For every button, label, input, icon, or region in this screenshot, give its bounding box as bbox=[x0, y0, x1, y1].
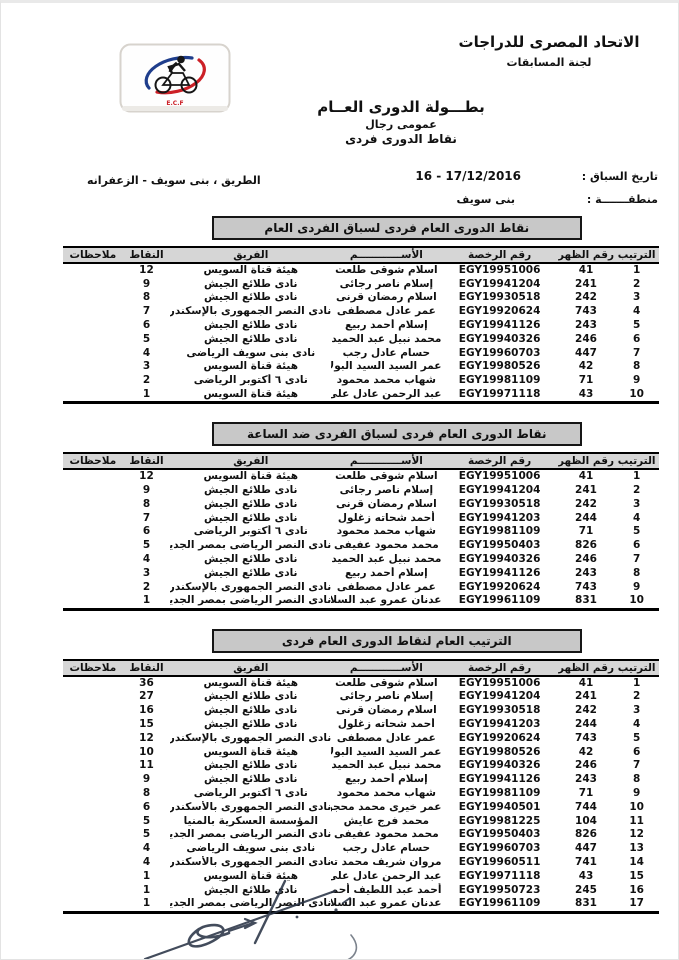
race-date-label: تاريخ السباق : bbox=[582, 170, 658, 183]
table-row: 11 104 EGY19981225 محمد فرج عايش المؤسسة… bbox=[63, 814, 659, 828]
cell-points: 7 bbox=[123, 305, 171, 319]
cell-notes bbox=[63, 498, 123, 512]
table-row: 9 71 EGY19981109 شهاب محمد محمود نادى ٦ … bbox=[63, 787, 659, 801]
column-header-license: رقم الرخصة bbox=[441, 660, 557, 676]
cell-name: حسام عادل رجب bbox=[331, 842, 441, 856]
cell-name: محمد نبيل عبد الحميد bbox=[331, 333, 441, 347]
cell-bib: 71 bbox=[558, 787, 615, 801]
cell-name: محمد فرج عايش bbox=[331, 814, 441, 828]
signature-icon bbox=[137, 877, 399, 960]
cell-bib: 447 bbox=[558, 346, 615, 360]
cell-team: هيئة قناة السويس bbox=[170, 676, 331, 691]
cell-rank: 10 bbox=[614, 801, 659, 815]
document-title-block: بطـــولة الدورى العــام عمومى رجال نقاط … bbox=[236, 98, 566, 146]
cell-points: 16 bbox=[123, 704, 171, 718]
cell-team: نادى ٦ أكتوبر الرياضى bbox=[170, 374, 331, 388]
cell-rank: 17 bbox=[614, 897, 659, 912]
cell-notes bbox=[63, 553, 123, 567]
cell-points: 1 bbox=[123, 388, 171, 403]
cell-team: نادى النصر الرياضى بمصر الجديدة bbox=[170, 594, 331, 609]
cell-license: EGY19960511 bbox=[441, 856, 557, 870]
results-content: نقاط الدورى العام فردى لسباق الفردى العا… bbox=[63, 216, 659, 914]
cell-license: EGY19941204 bbox=[441, 484, 557, 498]
column-header-points: النقاط bbox=[123, 453, 171, 469]
cell-notes bbox=[63, 787, 123, 801]
cell-team: نادى طلائع الجيش bbox=[170, 759, 331, 773]
cell-notes bbox=[63, 360, 123, 374]
cell-notes bbox=[63, 346, 123, 360]
cell-bib: 242 bbox=[558, 704, 615, 718]
cell-team: هيئة قناة السويس bbox=[170, 469, 331, 484]
cell-points: 4 bbox=[123, 346, 171, 360]
cell-points: 10 bbox=[123, 745, 171, 759]
cell-rank: 6 bbox=[614, 333, 659, 347]
cell-license: EGY19920624 bbox=[441, 305, 557, 319]
cell-bib: 41 bbox=[558, 469, 615, 484]
cell-rank: 5 bbox=[614, 319, 659, 333]
cell-bib: 831 bbox=[558, 897, 615, 912]
cell-points: 6 bbox=[123, 525, 171, 539]
cell-notes bbox=[63, 897, 123, 912]
cell-bib: 246 bbox=[558, 553, 615, 567]
ecf-logo: E.C.F bbox=[119, 43, 231, 115]
cell-points: 7 bbox=[123, 511, 171, 525]
cell-name: اسلام شوقى طلعت bbox=[331, 469, 441, 484]
cell-points: 5 bbox=[123, 333, 171, 347]
cell-name: حسام عادل رجب bbox=[331, 346, 441, 360]
cell-license: EGY19940326 bbox=[441, 333, 557, 347]
cell-points: 9 bbox=[123, 278, 171, 292]
column-header-license: رقم الرخصة bbox=[441, 247, 557, 263]
cell-license: EGY19940501 bbox=[441, 801, 557, 815]
cell-team: نادى طلائع الجيش bbox=[170, 704, 331, 718]
cell-license: EGY19941203 bbox=[441, 511, 557, 525]
cell-team: نادى النصر الجمهورى بالإسكندرية bbox=[170, 580, 331, 594]
table-row: 1 41 EGY19951006 اسلام شوقى طلعت هيئة قن… bbox=[63, 676, 659, 691]
cell-bib: 743 bbox=[558, 580, 615, 594]
cell-name: عمر السيد السيد البولاقى bbox=[331, 745, 441, 759]
column-header-team: الفريق bbox=[170, 247, 331, 263]
championship-title: بطـــولة الدورى العــام bbox=[236, 98, 566, 116]
table-row: 9 743 EGY19920624 عمر عادل مصطفى نادى ال… bbox=[63, 580, 659, 594]
cell-points: 4 bbox=[123, 842, 171, 856]
cell-team: نادى طلائع الجيش bbox=[170, 484, 331, 498]
cell-name: اسلام رمضان قرنى bbox=[331, 291, 441, 305]
cell-license: EGY19951006 bbox=[441, 263, 557, 278]
cell-bib: 243 bbox=[558, 567, 615, 581]
cell-points: 12 bbox=[123, 263, 171, 278]
cell-notes bbox=[63, 704, 123, 718]
column-header-row: الترتيب رقم الظهر رقم الرخصة الأســـــــ… bbox=[63, 247, 659, 263]
cell-notes bbox=[63, 305, 123, 319]
cell-rank: 3 bbox=[614, 291, 659, 305]
cell-rank: 1 bbox=[614, 676, 659, 691]
table-row: 6 246 EGY19940326 محمد نبيل عبد الحميد ن… bbox=[63, 333, 659, 347]
cell-team: نادى النصر الجمهورى بالأسكندرية bbox=[170, 856, 331, 870]
cell-rank: 1 bbox=[614, 263, 659, 278]
cell-points: 11 bbox=[123, 759, 171, 773]
cell-license: EGY19981109 bbox=[441, 787, 557, 801]
table-title: الترتيب العام لنقاط الدورى العام فردى bbox=[212, 629, 582, 653]
cell-notes bbox=[63, 539, 123, 553]
cell-name: عدنان عمرو عبد السلام bbox=[331, 594, 441, 609]
cell-team: هيئة قناة السويس bbox=[170, 745, 331, 759]
cell-name: أحمد شحاته زغلول bbox=[331, 511, 441, 525]
cell-bib: 246 bbox=[558, 759, 615, 773]
cell-bib: 741 bbox=[558, 856, 615, 870]
cell-bib: 241 bbox=[558, 690, 615, 704]
cell-name: عمر عادل مصطفى bbox=[331, 732, 441, 746]
table-row: 9 71 EGY19981109 شهاب محمد محمود نادى ٦ … bbox=[63, 374, 659, 388]
cell-notes bbox=[63, 263, 123, 278]
table-row: 5 71 EGY19981109 شهاب محمد محمود نادى ٦ … bbox=[63, 525, 659, 539]
cell-bib: 43 bbox=[558, 870, 615, 884]
cell-name: اسلام شوقى طلعت bbox=[331, 263, 441, 278]
cell-rank: 14 bbox=[614, 856, 659, 870]
table-row: 4 244 EGY19941203 أحمد شحاته زغلول نادى … bbox=[63, 718, 659, 732]
cell-bib: 831 bbox=[558, 594, 615, 609]
cell-rank: 2 bbox=[614, 278, 659, 292]
cell-team: نادى النصر الجمهورى بالأسكندرية bbox=[170, 801, 331, 815]
table-row: 6 42 EGY19980526 عمر السيد السيد البولاق… bbox=[63, 745, 659, 759]
cell-bib: 41 bbox=[558, 676, 615, 691]
cell-name: محمد محمود عفيفى bbox=[331, 539, 441, 553]
cell-license: EGY19981225 bbox=[441, 814, 557, 828]
cell-license: EGY19930518 bbox=[441, 704, 557, 718]
cell-team: نادى طلائع الجيش bbox=[170, 690, 331, 704]
table-row: 2 241 EGY19941204 إسلام ناصر رجائى نادى … bbox=[63, 690, 659, 704]
cell-rank: 10 bbox=[614, 388, 659, 403]
cell-notes bbox=[63, 511, 123, 525]
table-row: 5 243 EGY19941126 إسلام أحمد ربيع نادى ط… bbox=[63, 319, 659, 333]
committee-title: لجنة المسابقات bbox=[434, 56, 664, 69]
table-row: 13 447 EGY19960703 حسام عادل رجب نادى بن… bbox=[63, 842, 659, 856]
cell-bib: 744 bbox=[558, 801, 615, 815]
cell-rank: 16 bbox=[614, 883, 659, 897]
cell-license: EGY19951006 bbox=[441, 676, 557, 691]
cell-notes bbox=[63, 469, 123, 484]
cell-notes bbox=[63, 856, 123, 870]
cell-points: 8 bbox=[123, 291, 171, 305]
cell-notes bbox=[63, 814, 123, 828]
cell-name: شهاب محمد محمود bbox=[331, 787, 441, 801]
cell-bib: 826 bbox=[558, 828, 615, 842]
cell-license: EGY19960703 bbox=[441, 346, 557, 360]
table-row: 3 242 EGY19930518 اسلام رمضان قرنى نادى … bbox=[63, 498, 659, 512]
cell-team: هيئة قناة السويس bbox=[170, 388, 331, 403]
cell-rank: 2 bbox=[614, 690, 659, 704]
cell-license: EGY19951006 bbox=[441, 469, 557, 484]
cell-name: شهاب محمد محمود bbox=[331, 374, 441, 388]
table-row: 8 243 EGY19941126 إسلام أحمد ربيع نادى ط… bbox=[63, 567, 659, 581]
cell-name: عمر عادل مصطفى bbox=[331, 580, 441, 594]
table-row: 10 43 EGY19971118 عبد الرحمن عادل على هي… bbox=[63, 388, 659, 403]
org-header: الاتحاد المصرى للدراجات لجنة المسابقات bbox=[434, 33, 664, 69]
cell-license: EGY19941126 bbox=[441, 773, 557, 787]
column-header-row: الترتيب رقم الظهر رقم الرخصة الأســـــــ… bbox=[63, 453, 659, 469]
cell-points: 4 bbox=[123, 856, 171, 870]
column-header-rank: الترتيب bbox=[614, 453, 659, 469]
cell-points: 3 bbox=[123, 567, 171, 581]
cell-points: 12 bbox=[123, 469, 171, 484]
cell-notes bbox=[63, 870, 123, 884]
column-header-team: الفريق bbox=[170, 660, 331, 676]
cell-rank: 7 bbox=[614, 346, 659, 360]
cell-rank: 10 bbox=[614, 594, 659, 609]
cell-bib: 241 bbox=[558, 484, 615, 498]
cell-rank: 9 bbox=[614, 580, 659, 594]
table-row: 5 743 EGY19920624 عمر عادل مصطفى نادى ال… bbox=[63, 732, 659, 746]
cell-license: EGY19950723 bbox=[441, 883, 557, 897]
cell-name: عمر عادل مصطفى bbox=[331, 305, 441, 319]
cell-bib: 41 bbox=[558, 263, 615, 278]
column-header-rank: الترتيب bbox=[614, 247, 659, 263]
cell-notes bbox=[63, 676, 123, 691]
cell-license: EGY19981109 bbox=[441, 374, 557, 388]
cell-license: EGY19981109 bbox=[441, 525, 557, 539]
cell-name: مروان شريف محمد تحسين bbox=[331, 856, 441, 870]
table-row: 3 242 EGY19930518 اسلام رمضان قرنى نادى … bbox=[63, 704, 659, 718]
cell-rank: 4 bbox=[614, 305, 659, 319]
route-text: الطريق ، بنى سويف - الزعفرانه bbox=[87, 174, 261, 187]
cell-license: EGY19941203 bbox=[441, 718, 557, 732]
cell-license: EGY19920624 bbox=[441, 580, 557, 594]
cell-team: نادى ٦ أكتوبر الرياضى bbox=[170, 787, 331, 801]
cell-notes bbox=[63, 594, 123, 609]
cell-name: شهاب محمد محمود bbox=[331, 525, 441, 539]
cell-rank: 13 bbox=[614, 842, 659, 856]
cell-notes bbox=[63, 291, 123, 305]
category-title: عمومى رجال bbox=[236, 118, 566, 131]
cell-points: 2 bbox=[123, 374, 171, 388]
cell-rank: 8 bbox=[614, 773, 659, 787]
column-header-notes: ملاحظات bbox=[63, 660, 123, 676]
cell-team: نادى طلائع الجيش bbox=[170, 773, 331, 787]
cell-team: نادى النصر الجمهورى بالإسكندرية bbox=[170, 732, 331, 746]
cell-rank: 11 bbox=[614, 814, 659, 828]
cell-team: نادى طلائع الجيش bbox=[170, 553, 331, 567]
cell-rank: 8 bbox=[614, 567, 659, 581]
cell-notes bbox=[63, 278, 123, 292]
cell-points: 15 bbox=[123, 718, 171, 732]
cell-team: نادى طلائع الجيش bbox=[170, 333, 331, 347]
table-body: 1 41 EGY19951006 اسلام شوقى طلعت هيئة قن… bbox=[63, 469, 659, 609]
cell-rank: 5 bbox=[614, 732, 659, 746]
cell-points: 4 bbox=[123, 553, 171, 567]
cell-bib: 743 bbox=[558, 732, 615, 746]
cell-team: نادى بنى سويف الرياضى bbox=[170, 346, 331, 360]
table-row: 14 741 EGY19960511 مروان شريف محمد تحسين… bbox=[63, 856, 659, 870]
handwritten-signature bbox=[137, 877, 399, 960]
cell-points: 9 bbox=[123, 773, 171, 787]
cell-license: EGY19941126 bbox=[441, 319, 557, 333]
cell-notes bbox=[63, 773, 123, 787]
cell-bib: 245 bbox=[558, 883, 615, 897]
cell-rank: 3 bbox=[614, 704, 659, 718]
cell-points: 3 bbox=[123, 360, 171, 374]
cell-bib: 244 bbox=[558, 511, 615, 525]
race-date-value: 16 - 17/12/2016 bbox=[415, 169, 521, 183]
column-header-team: الفريق bbox=[170, 453, 331, 469]
cell-license: EGY19950403 bbox=[441, 539, 557, 553]
cell-team: نادى ٦ أكتوبر الرياضى bbox=[170, 525, 331, 539]
cell-notes bbox=[63, 828, 123, 842]
cell-name: محمد نبيل عبد الحميد bbox=[331, 553, 441, 567]
column-header-license: رقم الرخصة bbox=[441, 453, 557, 469]
cell-bib: 244 bbox=[558, 718, 615, 732]
cell-notes bbox=[63, 718, 123, 732]
cell-bib: 447 bbox=[558, 842, 615, 856]
cell-license: EGY19941204 bbox=[441, 690, 557, 704]
cycling-federation-logo-icon: E.C.F bbox=[119, 43, 231, 115]
cell-name: اسلام رمضان قرنى bbox=[331, 498, 441, 512]
cell-bib: 42 bbox=[558, 745, 615, 759]
cell-rank: 2 bbox=[614, 484, 659, 498]
cell-bib: 242 bbox=[558, 291, 615, 305]
table-body: 1 41 EGY19951006 اسلام شوقى طلعت هيئة قن… bbox=[63, 263, 659, 403]
cell-license: EGY19941126 bbox=[441, 567, 557, 581]
cell-notes bbox=[63, 388, 123, 403]
cell-name: أحمد شحاته زغلول bbox=[331, 718, 441, 732]
cell-license: EGY19930518 bbox=[441, 291, 557, 305]
table-row: 4 244 EGY19941203 أحمد شحاته زغلول نادى … bbox=[63, 511, 659, 525]
table-row: 3 242 EGY19930518 اسلام رمضان قرنى نادى … bbox=[63, 291, 659, 305]
cell-name: اسلام شوقى طلعت bbox=[331, 676, 441, 691]
table-row: 8 243 EGY19941126 إسلام أحمد ربيع نادى ط… bbox=[63, 773, 659, 787]
cell-bib: 71 bbox=[558, 374, 615, 388]
table-row: 2 241 EGY19941204 إسلام ناصر رجائى نادى … bbox=[63, 484, 659, 498]
cell-bib: 246 bbox=[558, 333, 615, 347]
column-header-name: الأســــــــــــم bbox=[331, 247, 441, 263]
cell-bib: 241 bbox=[558, 278, 615, 292]
table-row: 2 241 EGY19941204 إسلام ناصر رجائى نادى … bbox=[63, 278, 659, 292]
cell-rank: 7 bbox=[614, 553, 659, 567]
results-table-general-individual: الترتيب رقم الظهر رقم الرخصة الأســـــــ… bbox=[63, 246, 659, 404]
logo-text: E.C.F bbox=[166, 100, 183, 107]
scanned-results-document: { "header": { "org_title": "الاتحاد المص… bbox=[0, 0, 679, 960]
cell-points: 8 bbox=[123, 498, 171, 512]
cell-notes bbox=[63, 759, 123, 773]
cell-name: إسلام أحمد ربيع bbox=[331, 567, 441, 581]
cell-team: نادى طلائع الجيش bbox=[170, 498, 331, 512]
cell-rank: 4 bbox=[614, 718, 659, 732]
cell-rank: 12 bbox=[614, 828, 659, 842]
table-section-general-individual: نقاط الدورى العام فردى لسباق الفردى العا… bbox=[63, 216, 659, 404]
table-row: 10 744 EGY19940501 عمر خيرى محمد محجوب ن… bbox=[63, 801, 659, 815]
table-row: 4 743 EGY19920624 عمر عادل مصطفى نادى ال… bbox=[63, 305, 659, 319]
cell-license: EGY19960703 bbox=[441, 842, 557, 856]
cell-license: EGY19930518 bbox=[441, 498, 557, 512]
cell-notes bbox=[63, 690, 123, 704]
cell-name: إسلام أحمد ربيع bbox=[331, 319, 441, 333]
cell-rank: 4 bbox=[614, 511, 659, 525]
cell-rank: 7 bbox=[614, 759, 659, 773]
cell-notes bbox=[63, 745, 123, 759]
column-header-notes: ملاحظات bbox=[63, 453, 123, 469]
cell-rank: 9 bbox=[614, 374, 659, 388]
cell-team: نادى النصر الرياضى بمصر الجديدة bbox=[170, 539, 331, 553]
cell-license: EGY19941204 bbox=[441, 278, 557, 292]
column-header-bib: رقم الظهر bbox=[558, 453, 615, 469]
cell-points: 12 bbox=[123, 732, 171, 746]
cell-team: نادى طلائع الجيش bbox=[170, 291, 331, 305]
cell-bib: 42 bbox=[558, 360, 615, 374]
cell-notes bbox=[63, 801, 123, 815]
table-section-overall-standings: الترتيب العام لنقاط الدورى العام فردى ال… bbox=[63, 629, 659, 914]
cell-rank: 1 bbox=[614, 469, 659, 484]
cell-points: 9 bbox=[123, 484, 171, 498]
cell-bib: 71 bbox=[558, 525, 615, 539]
column-header-row: الترتيب رقم الظهر رقم الرخصة الأســـــــ… bbox=[63, 660, 659, 676]
table-row: 7 246 EGY19940326 محمد نبيل عبد الحميد ن… bbox=[63, 553, 659, 567]
cell-team: نادى طلائع الجيش bbox=[170, 319, 331, 333]
cell-name: إسلام ناصر رجائى bbox=[331, 690, 441, 704]
cell-license: EGY19920624 bbox=[441, 732, 557, 746]
table-title: نقاط الدورى العام فردى لسباق الفردى ضد ا… bbox=[212, 422, 582, 446]
cell-notes bbox=[63, 732, 123, 746]
cell-name: محمد نبيل عبد الحميد bbox=[331, 759, 441, 773]
cell-bib: 826 bbox=[558, 539, 615, 553]
region-value: بنى سويف bbox=[456, 193, 515, 206]
cell-bib: 243 bbox=[558, 319, 615, 333]
cell-bib: 743 bbox=[558, 305, 615, 319]
cell-team: هيئة قناة السويس bbox=[170, 263, 331, 278]
cell-license: EGY19961109 bbox=[441, 897, 557, 912]
cell-notes bbox=[63, 333, 123, 347]
cell-bib: 242 bbox=[558, 498, 615, 512]
column-header-name: الأســــــــــــم bbox=[331, 660, 441, 676]
cell-rank: 9 bbox=[614, 787, 659, 801]
cell-team: نادى طلائع الجيش bbox=[170, 278, 331, 292]
cell-name: عبد الرحمن عادل على bbox=[331, 388, 441, 403]
cell-license: EGY19940326 bbox=[441, 553, 557, 567]
cell-notes bbox=[63, 883, 123, 897]
column-header-rank: الترتيب bbox=[614, 660, 659, 676]
cell-notes bbox=[63, 319, 123, 333]
cell-team: نادى بنى سويف الرياضى bbox=[170, 842, 331, 856]
cell-license: EGY19940326 bbox=[441, 759, 557, 773]
cell-name: إسلام ناصر رجائى bbox=[331, 278, 441, 292]
cell-license: EGY19971118 bbox=[441, 870, 557, 884]
table-section-time-trial: نقاط الدورى العام فردى لسباق الفردى ضد ا… bbox=[63, 422, 659, 610]
table-row: 10 831 EGY19961109 عدنان عمرو عبد السلام… bbox=[63, 594, 659, 609]
points-subtitle: نقاط الدورى فردى bbox=[236, 132, 566, 146]
column-header-points: النقاط bbox=[123, 660, 171, 676]
cell-points: 1 bbox=[123, 594, 171, 609]
column-header-points: النقاط bbox=[123, 247, 171, 263]
table-row: 1 41 EGY19951006 اسلام شوقى طلعت هيئة قن… bbox=[63, 263, 659, 278]
cell-name: إسلام ناصر رجائى bbox=[331, 484, 441, 498]
cell-points: 36 bbox=[123, 676, 171, 691]
column-header-bib: رقم الظهر bbox=[558, 660, 615, 676]
table-row: 6 826 EGY19950403 محمد محمود عفيفى نادى … bbox=[63, 539, 659, 553]
cell-notes bbox=[63, 567, 123, 581]
cell-bib: 104 bbox=[558, 814, 615, 828]
column-header-bib: رقم الظهر bbox=[558, 247, 615, 263]
cell-notes bbox=[63, 374, 123, 388]
cell-rank: 5 bbox=[614, 525, 659, 539]
cell-notes bbox=[63, 525, 123, 539]
cell-bib: 43 bbox=[558, 388, 615, 403]
cell-notes bbox=[63, 842, 123, 856]
cell-team: نادى طلائع الجيش bbox=[170, 567, 331, 581]
cell-team: نادى النصر الجمهورى بالإسكندرية bbox=[170, 305, 331, 319]
cell-points: 2 bbox=[123, 580, 171, 594]
cell-rank: 15 bbox=[614, 870, 659, 884]
region-label: منطقـــــــة : bbox=[587, 193, 658, 206]
cell-points: 8 bbox=[123, 787, 171, 801]
table-title: نقاط الدورى العام فردى لسباق الفردى العا… bbox=[212, 216, 582, 240]
